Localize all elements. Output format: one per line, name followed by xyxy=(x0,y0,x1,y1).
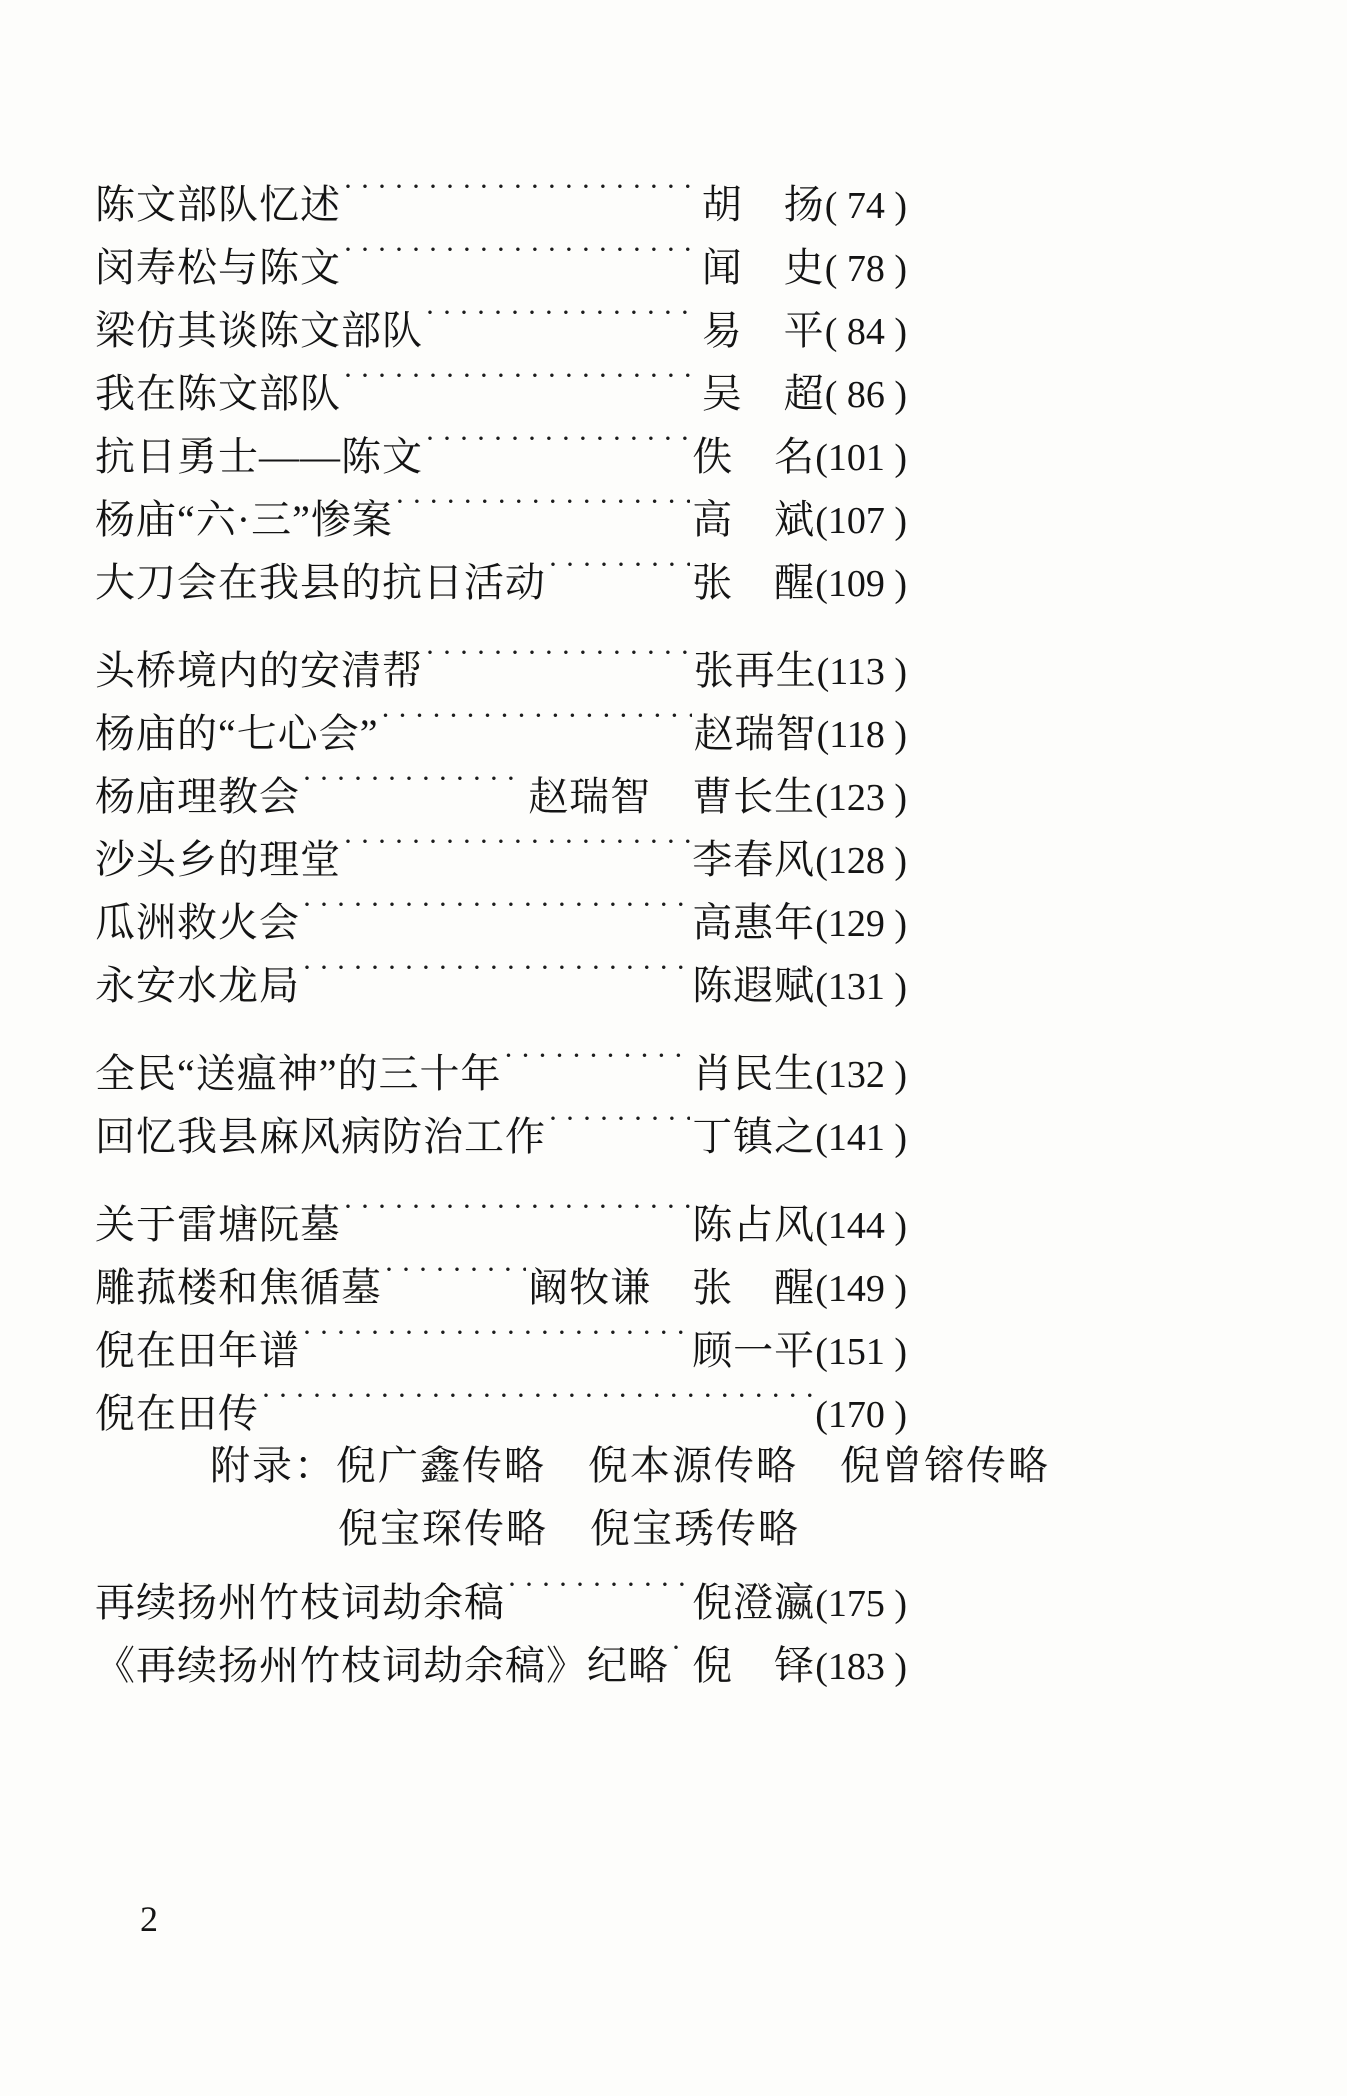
entry-author: 赵瑞智 曹长生 xyxy=(528,773,815,821)
entry-title: 大刀会在我县的抗日活动 xyxy=(95,559,546,607)
entry-title: 陈文部队忆述 xyxy=(95,181,341,229)
entry-page: (123 ) xyxy=(815,774,907,822)
entry-page: (175 ) xyxy=(815,1580,907,1628)
toc-entry: 大刀会在我县的抗日活动 张 醒 (109 ) xyxy=(95,548,907,596)
entry-author: 高 斌 xyxy=(692,496,815,544)
entry-page: ( 74 ) xyxy=(825,182,907,230)
entry-author: 李春风 xyxy=(692,836,815,884)
entry-author: 张 醒 xyxy=(692,559,815,607)
toc-entry: 雕菰楼和焦循墓 阚牧谦 张 醒 (149 ) xyxy=(95,1253,907,1301)
toc-entry: 杨庙理教会 赵瑞智 曹长生 (123 ) xyxy=(95,762,907,810)
page-number: 2 xyxy=(140,1898,158,1940)
entry-author: 顾一平 xyxy=(692,1327,815,1375)
dot-leader xyxy=(261,1379,813,1427)
dot-leader xyxy=(343,1190,690,1238)
toc-entry: 倪在田传 (170 ) xyxy=(95,1379,907,1427)
toc-entry: 沙头乡的理堂 李春风 (128 ) xyxy=(95,825,907,873)
dot-leader xyxy=(425,422,690,470)
entry-page: (113 ) xyxy=(817,648,907,696)
dot-leader xyxy=(504,1039,691,1087)
entry-author: 易 平 xyxy=(702,307,825,355)
scanned-toc-page: 陈文部队忆述 胡 扬 ( 74 ) 闵寿松与陈文 闻 史 ( 78 ) 梁仿其谈… xyxy=(0,0,1347,2096)
dot-leader xyxy=(343,825,690,873)
dot-leader xyxy=(302,1316,690,1364)
entry-title: 头桥境内的安清帮 xyxy=(95,647,423,695)
entry-author: 陈占风 xyxy=(692,1201,815,1249)
entry-page: (141 ) xyxy=(815,1114,907,1162)
dot-leader xyxy=(343,233,700,281)
entry-page: (128 ) xyxy=(815,837,907,885)
dot-leader xyxy=(425,296,700,344)
entry-author: 高惠年 xyxy=(692,899,815,947)
entry-page: (109 ) xyxy=(815,560,907,608)
entry-page: (131 ) xyxy=(815,963,907,1011)
entry-title: 雕菰楼和焦循墓 xyxy=(95,1264,382,1312)
toc-entry: 闵寿松与陈文 闻 史 ( 78 ) xyxy=(95,233,907,281)
appendix-line-1: 附录：倪广鑫传略 倪本源传略 倪曾镕传略 xyxy=(210,1442,907,1490)
dot-leader xyxy=(302,888,690,936)
entry-title: 再续扬州竹枝词劫余稿 xyxy=(95,1579,505,1627)
toc-entry: 我在陈文部队 吴 超 ( 86 ) xyxy=(95,359,907,407)
dot-leader xyxy=(384,1253,526,1301)
entry-page: (107 ) xyxy=(815,497,907,545)
appendix-line-2: 倪宝琛传略 倪宝琇传略 xyxy=(338,1505,907,1553)
entry-page: (118 ) xyxy=(817,711,907,759)
toc-entry: 瓜洲救火会 高惠年 (129 ) xyxy=(95,888,907,936)
entry-title: 《再续扬州竹枝词劫余稿》纪略 xyxy=(95,1642,669,1690)
dot-leader xyxy=(507,1568,690,1616)
entry-author: 张再生 xyxy=(694,647,817,695)
toc-entry: 倪在田年谱 顾一平 (151 ) xyxy=(95,1316,907,1364)
entry-title: 瓜洲救火会 xyxy=(95,899,300,947)
entry-title: 倪在田传 xyxy=(95,1390,259,1438)
entry-title: 我在陈文部队 xyxy=(95,370,341,418)
entry-author: 胡 扬 xyxy=(702,181,825,229)
entry-page: (132 ) xyxy=(815,1051,907,1099)
entry-page: ( 86 ) xyxy=(825,371,907,419)
entry-title: 梁仿其谈陈文部队 xyxy=(95,307,423,355)
dot-leader xyxy=(425,636,692,684)
dot-leader xyxy=(395,485,690,533)
entry-title: 关于雷塘阮墓 xyxy=(95,1201,341,1249)
entry-author: 佚 名 xyxy=(692,433,815,481)
entry-page: (151 ) xyxy=(815,1328,907,1376)
toc-entry: 关于雷塘阮墓 陈占风 (144 ) xyxy=(95,1190,907,1238)
entry-author: 赵瑞智 xyxy=(694,710,817,758)
entry-author: 吴 超 xyxy=(702,370,825,418)
entry-page: (129 ) xyxy=(815,900,907,948)
entry-title: 杨庙理教会 xyxy=(95,773,300,821)
entry-page: (101 ) xyxy=(815,434,907,482)
entry-author: 陈遐赋 xyxy=(692,962,815,1010)
dot-leader xyxy=(548,548,690,596)
dot-leader xyxy=(548,1102,690,1150)
toc-entry: 再续扬州竹枝词劫余稿 倪澄瀛 (175 ) xyxy=(95,1568,907,1616)
toc-entry: 梁仿其谈陈文部队 易 平 ( 84 ) xyxy=(95,296,907,344)
dot-leader xyxy=(671,1631,690,1679)
entry-page: ( 84 ) xyxy=(825,308,907,356)
entry-title: 杨庙的“七心会” xyxy=(95,710,379,758)
toc-entry: 杨庙“六·三”惨案 高 斌 (107 ) xyxy=(95,485,907,533)
dot-leader xyxy=(381,699,692,747)
toc-list: 陈文部队忆述 胡 扬 ( 74 ) 闵寿松与陈文 闻 史 ( 78 ) 梁仿其谈… xyxy=(95,170,907,1694)
entry-author: 倪澄瀛 xyxy=(692,1579,815,1627)
entry-page: (149 ) xyxy=(815,1265,907,1313)
entry-author: 肖民生 xyxy=(692,1050,815,1098)
entry-title: 杨庙“六·三”惨案 xyxy=(95,496,393,544)
entry-page: ( 78 ) xyxy=(825,245,907,293)
toc-entry: 抗日勇士——陈文 佚 名 (101 ) xyxy=(95,422,907,470)
entry-page: (144 ) xyxy=(815,1202,907,1250)
entry-title: 回忆我县麻风病防治工作 xyxy=(95,1113,546,1161)
entry-page: (170 ) xyxy=(815,1391,907,1439)
entry-title: 全民“送瘟神”的三十年 xyxy=(95,1050,502,1098)
entry-author: 丁镇之 xyxy=(692,1113,815,1161)
toc-entry: 杨庙的“七心会” 赵瑞智 (118 ) xyxy=(95,699,907,747)
toc-entry: 《再续扬州竹枝词劫余稿》纪略 倪 铎 (183 ) xyxy=(95,1631,907,1679)
entry-title: 永安水龙局 xyxy=(95,962,300,1010)
dot-leader xyxy=(302,762,526,810)
toc-entry: 全民“送瘟神”的三十年 肖民生 (132 ) xyxy=(95,1039,907,1087)
dot-leader xyxy=(343,170,700,218)
toc-entry: 头桥境内的安清帮 张再生 (113 ) xyxy=(95,636,907,684)
entry-title: 倪在田年谱 xyxy=(95,1327,300,1375)
entry-author: 闻 史 xyxy=(702,244,825,292)
entry-page: (183 ) xyxy=(815,1643,907,1691)
entry-title: 抗日勇士——陈文 xyxy=(95,433,423,481)
entry-author: 倪 铎 xyxy=(692,1642,815,1690)
toc-entry: 陈文部队忆述 胡 扬 ( 74 ) xyxy=(95,170,907,218)
toc-entry: 永安水龙局 陈遐赋 (131 ) xyxy=(95,951,907,999)
dot-leader xyxy=(343,359,700,407)
entry-title: 闵寿松与陈文 xyxy=(95,244,341,292)
entry-title: 沙头乡的理堂 xyxy=(95,836,341,884)
toc-entry: 回忆我县麻风病防治工作 丁镇之 (141 ) xyxy=(95,1102,907,1150)
entry-author: 阚牧谦 张 醒 xyxy=(528,1264,815,1312)
dot-leader xyxy=(302,951,690,999)
